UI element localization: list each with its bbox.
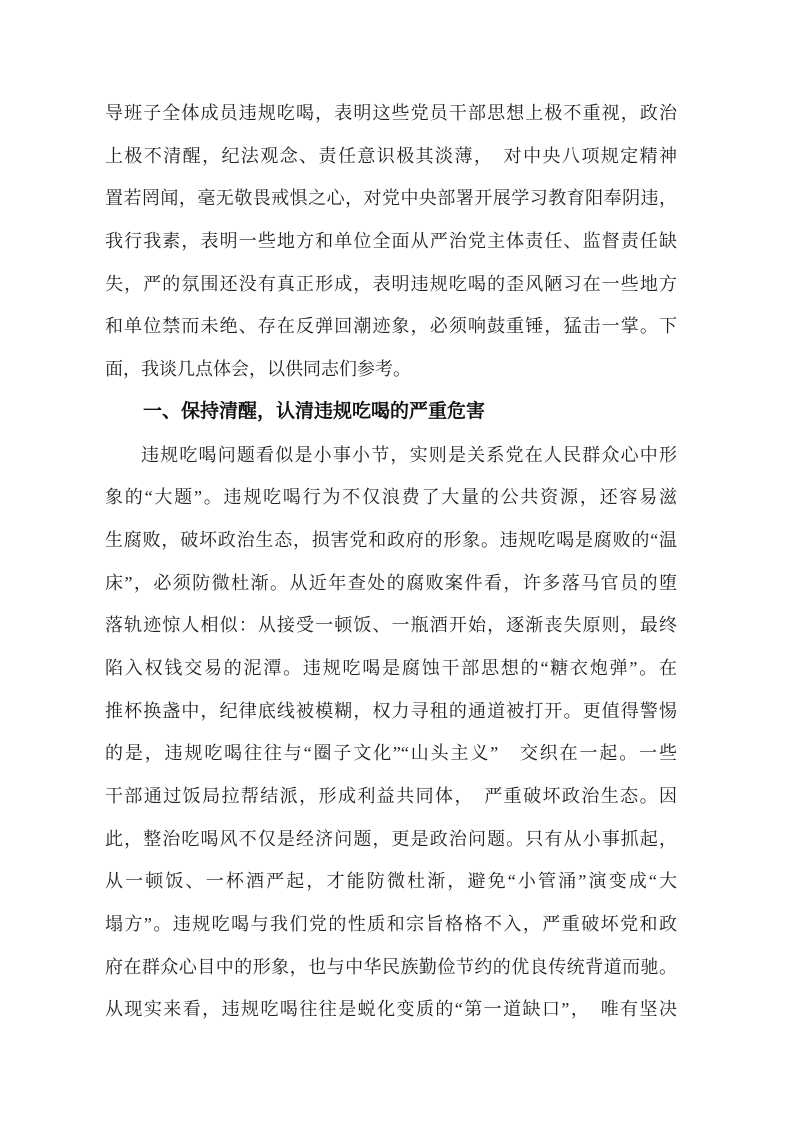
text-line: 落轨迹惊人相似：从接受一顿饭、一瓶酒开始，逐渐丧失原则，最终 xyxy=(105,604,677,647)
text-line: 推杯换盏中，纪律底线被模糊，权力寻租的通道被打开。更值得警惕 xyxy=(105,690,677,733)
text-line: 象的“大题”。违规吃喝行为不仅浪费了大量的公共资源，还容易滋 xyxy=(105,476,677,519)
text-line: 失，严的氛围还没有真正形成，表明违规吃喝的歪风陋习在一些地方 xyxy=(105,263,677,306)
text-line: 面，我谈几点体会，以供同志们参考。 xyxy=(105,348,677,391)
text-line: 的是，违规吃喝往往与“圈子文化”“山头主义” 交织在一起。一些 xyxy=(105,732,677,775)
text-line: 陷入权钱交易的泥潭。违规吃喝是腐蚀干部思想的“糖衣炮弹”。在 xyxy=(105,647,677,690)
text-line: 从现实来看，违规吃喝往往是蜕化变质的“第一道缺口”， 唯有坚决 xyxy=(105,988,677,1031)
text-line: 我行我素，表明一些地方和单位全面从严治党主体责任、监督责任缺 xyxy=(105,220,677,263)
text-line: 违规吃喝问题看似是小事小节，实则是关系党在人民群众心中形 xyxy=(105,434,677,477)
text-block: 导班子全体成员违规吃喝，表明这些党员干部思想上极不重视，政治上极不清醒，纪法观念… xyxy=(105,92,677,1031)
document-page: 导班子全体成员违规吃喝，表明这些党员干部思想上极不重视，政治上极不清醒，纪法观念… xyxy=(0,0,793,1122)
text-line: 置若罔闻，毫无敬畏戒惧之心，对党中央部署开展学习教育阳奉阴违， xyxy=(105,177,677,220)
text-line: 和单位禁而未绝、存在反弹回潮迹象，必须响鼓重锤，猛击一掌。下 xyxy=(105,305,677,348)
text-line: 床”，必须防微杜渐。从近年查处的腐败案件看，许多落马官员的堕 xyxy=(105,562,677,605)
text-line: 生腐败，破坏政治生态，损害党和政府的形象。违规吃喝是腐败的“温 xyxy=(105,519,677,562)
text-line: 塌方”。违规吃喝与我们党的性质和宗旨格格不入，严重破坏党和政 xyxy=(105,903,677,946)
text-line: 导班子全体成员违规吃喝，表明这些党员干部思想上极不重视，政治 xyxy=(105,92,677,135)
text-line: 上极不清醒，纪法观念、责任意识极其淡薄， 对中央八项规定精神 xyxy=(105,135,677,178)
section-heading: 一、保持清醒，认清违规吃喝的严重危害 xyxy=(105,391,677,434)
text-line: 干部通过饭局拉帮结派，形成利益共同体， 严重破坏政治生态。因 xyxy=(105,775,677,818)
text-line: 从一顿饭、一杯酒严起，才能防微杜渐，避免“小管涌”演变成“大 xyxy=(105,860,677,903)
text-line: 府在群众心目中的形象，也与中华民族勤俭节约的优良传统背道而驰。 xyxy=(105,946,677,989)
text-line: 此，整治吃喝风不仅是经济问题，更是政治问题。只有从小事抓起， xyxy=(105,818,677,861)
